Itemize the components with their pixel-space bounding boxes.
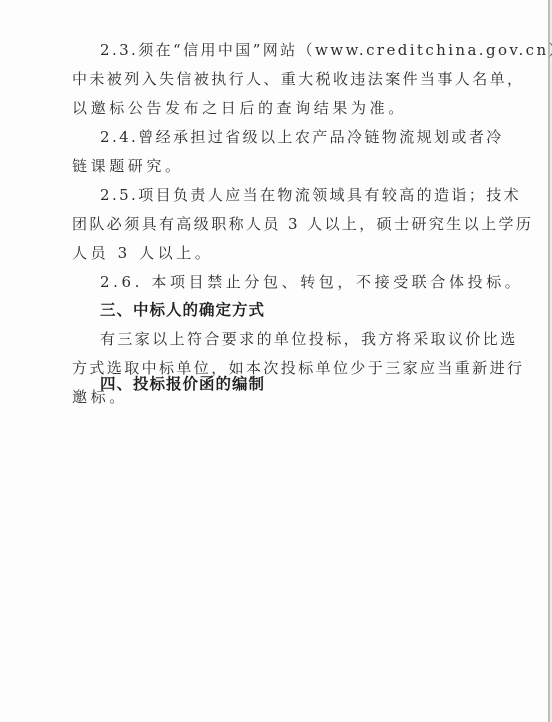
section-4-heading: 四、投标报价函的编制 [100,374,265,394]
clause-2-3-line-3: 以邀标公告发布之日后的查询结果为准。 [72,98,407,118]
clause-2-5-line-1: 2.5.项目负责人应当在物流领域具有较高的造诣；技术 [100,185,521,205]
clause-2-4-line-1: 2.4.曾经承担过省级以上农产品冷链物流规划或者冷 [100,127,504,147]
clause-2-3-line-1: 2.3.须在“信用中国”网站（www.creditchina.gov.cn） [100,40,552,60]
clause-2-3-line-2: 中未被列入失信被执行人、重大税收违法案件当事人名单， [72,69,524,89]
section-3-para-line-1: 有三家以上符合要求的单位投标，我方将采取议价比选 [100,329,518,349]
clause-2-6: 2.6. 本项目禁止分包、转包，不接受联合体投标。 [100,272,523,292]
section-3-heading: 三、中标人的确定方式 [100,300,265,320]
clause-2-5-line-3: 人员 3 人以上。 [72,243,213,263]
clause-2-4-line-2: 链课题研究。 [72,156,184,176]
document-page: 2.3.须在“信用中国”网站（www.creditchina.gov.cn） 中… [0,0,552,722]
clause-2-5-line-2: 团队必须具有高级职称人员 3 人以上，硕士研究生以上学历 [72,214,533,234]
